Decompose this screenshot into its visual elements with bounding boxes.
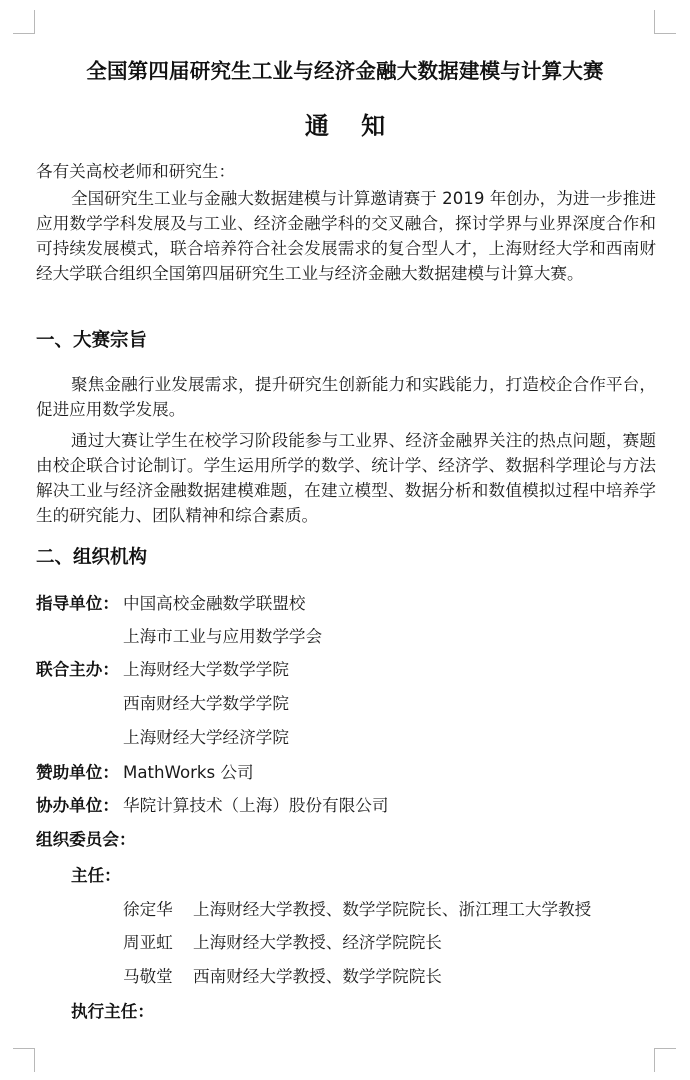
salutation: 各有关高校老师和研究生： [36,158,235,182]
intro-paragraph: 全国研究生工业与金融大数据建模与计算邀请赛于 2019 年创办，为进一步推进应用… [36,186,656,286]
committee-label: 组织委员会： [36,826,136,850]
section-heading-purpose: 一、大赛宗旨 [36,326,147,352]
co-organizer-label: 协办单位： [36,792,119,816]
corner-mark-bottom-right [654,1048,676,1072]
corner-mark-top-right [654,10,676,34]
document-title: 全国第四届研究生工业与经济金融大数据建模与计算大赛 [0,54,690,84]
guidance-value-1: 中国高校金融数学联盟校 [123,590,306,614]
co-host-value-2: 西南财经大学数学学院 [123,690,289,714]
co-hosts-label: 联合主办： [36,656,119,680]
director-name-2: 周亚虹 [123,929,173,953]
co-host-value-1: 上海财经大学数学学院 [123,656,289,680]
purpose-paragraph-2: 通过大赛让学生在校学习阶段能参与工业界、经济金融界关注的热点问题，赛题由校企联合… [36,428,656,528]
co-organizer-value: 华院计算技术（上海）股份有限公司 [123,792,389,816]
section-heading-organization: 二、组织机构 [36,543,147,569]
director-title-2: 上海财经大学教授、经济学院院长 [193,929,442,953]
executive-director-label: 执行主任： [71,998,154,1022]
guidance-value-2: 上海市工业与应用数学学会 [123,623,322,647]
director-name-1: 徐定华 [123,896,173,920]
director-label: 主任： [71,862,121,886]
corner-mark-top-left [13,10,35,34]
co-host-value-3: 上海财经大学经济学院 [123,724,289,748]
purpose-paragraph-1: 聚焦金融行业发展需求，提升研究生创新能力和实践能力，打造校企合作平台，促进应用数… [36,372,656,422]
guidance-label: 指导单位： [36,590,119,614]
director-name-3: 马敬堂 [123,963,173,987]
document-subtitle: 通 知 [0,106,690,141]
director-title-3: 西南财经大学教授、数学学院院长 [193,963,442,987]
director-title-1: 上海财经大学教授、数学学院院长、浙江理工大学教授 [193,896,591,920]
sponsor-value: MathWorks 公司 [123,759,254,783]
sponsor-label: 赞助单位： [36,759,119,783]
corner-mark-bottom-left [13,1048,35,1072]
